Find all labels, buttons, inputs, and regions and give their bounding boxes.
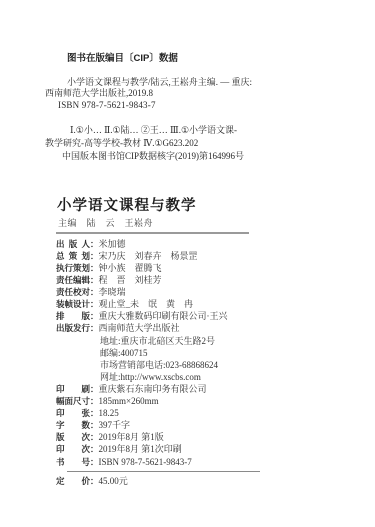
colophon-row-typesetting: 排版：重庆大雅数码印刷有限公司·王兴 (56, 310, 347, 322)
cip-classification-line1: Ⅰ.①小… Ⅱ.①陆… ②王… Ⅲ.①小学语文课- (45, 124, 347, 137)
cip-description-line2: 西南师范大学出版社,2019.8 (45, 88, 347, 99)
row-value: 185mm×260mm (99, 396, 159, 406)
colophon-list: 出版人：米加德 总策划：宋乃庆 刘春卉 杨景罡 执行策划：钟小族 翟腾飞 责任编… (56, 238, 347, 487)
row-value: 重庆紫石东南印务有限公司 (99, 384, 207, 394)
row-value: 45.00元 (99, 476, 128, 486)
colophon-row-proofreader: 责任校对：李晓瑞 (56, 286, 347, 298)
publisher-postcode: 邮编:400715 (100, 347, 347, 359)
row-label: 责任编辑 (56, 274, 90, 286)
colophon-row-word-count: 字数：397千字 (56, 419, 347, 431)
row-label: 书号 (56, 456, 90, 468)
colophon-row-dimensions: 幅面尺寸：185mm×260mm (56, 395, 347, 407)
row-value: 钟小族 翟腾飞 (99, 263, 162, 273)
row-separator: ： (90, 444, 99, 454)
row-value: 18.25 (99, 408, 119, 418)
row-label: 责任校对 (56, 286, 90, 298)
row-separator: ： (90, 323, 99, 333)
cip-description-line1: 小学语文课程与教学/陆云,王崧舟主编. — 重庆: (45, 77, 347, 88)
row-label: 幅面尺寸 (56, 395, 90, 407)
row-value: 重庆大雅数码印刷有限公司·王兴 (99, 311, 228, 321)
row-label: 字数 (56, 419, 90, 431)
row-label: 印张 (56, 407, 90, 419)
byline: 主编 陆 云 王崧舟 (58, 218, 347, 229)
publisher-phone: 市场营销部电话:023-68868624 (100, 359, 347, 371)
colophon-row-executive-planners: 执行策划：钟小族 翟腾飞 (56, 262, 347, 274)
row-separator: ： (90, 408, 99, 418)
colophon-row-editors: 责任编辑：程 晋 刘桂芳 (56, 274, 347, 286)
colophon-row-chief-planners: 总策划：宋乃庆 刘春卉 杨景罡 (56, 250, 347, 262)
cip-header: 图书在版编目〔CIP〕数据 (67, 53, 347, 64)
row-label: 版次 (56, 431, 90, 443)
row-separator: ： (90, 299, 99, 309)
colophon-row-impression: 印次：2019年8月 第1次印刷 (56, 443, 347, 455)
colophon-row-sheets: 印张：18.25 (56, 407, 347, 419)
colophon-row-designers: 装帧设计：观止堂_未 氓 黄 冉 (56, 298, 347, 310)
row-value: 观止堂_未 氓 黄 冉 (99, 299, 194, 309)
row-separator: ： (90, 476, 99, 486)
book-title: 小学语文课程与教学 (57, 198, 347, 215)
divider-bottom (67, 471, 260, 472)
row-separator: ： (90, 384, 99, 394)
cip-description: 小学语文课程与教学/陆云,王崧舟主编. — 重庆: 西南师范大学出版社,2019… (45, 77, 347, 100)
colophon-row-publisher: 出版发行：西南师范大学出版社 (56, 322, 347, 334)
row-label: 排版 (56, 310, 90, 322)
copyright-page: 图书在版编目〔CIP〕数据 小学语文课程与教学/陆云,王崧舟主编. — 重庆: … (0, 0, 375, 527)
row-value: 李晓瑞 (99, 287, 126, 297)
row-separator: ： (90, 239, 99, 249)
row-label: 定价 (56, 475, 90, 487)
colophon-row-price: 定价：45.00元 (56, 475, 347, 487)
cip-classification-line2: 教学研究-高等学校-教材 Ⅳ.①G623.202 (45, 137, 347, 150)
row-label: 出版发行 (56, 322, 90, 334)
colophon-row-printer: 印刷：重庆紫石东南印务有限公司 (56, 383, 347, 395)
colophon-row-edition: 版次：2019年8月 第1版 (56, 431, 347, 443)
row-value: 米加德 (99, 239, 126, 249)
row-label: 执行策划 (56, 262, 90, 274)
row-separator: ： (90, 311, 99, 321)
publisher-address: 地址:重庆市北碚区天生路2号 (100, 335, 347, 347)
publisher-website: 网址:http://www.xscbs.com (100, 371, 347, 383)
row-label: 出版人 (56, 238, 90, 250)
row-label: 印刷 (56, 383, 90, 395)
row-separator: ： (90, 263, 99, 273)
row-value: 397千字 (99, 420, 131, 430)
row-value: 宋乃庆 刘春卉 杨景罡 (99, 251, 198, 261)
row-separator: ： (90, 396, 99, 406)
divider-top (56, 232, 249, 234)
row-label: 印次 (56, 443, 90, 455)
page-content: 图书在版编目〔CIP〕数据 小学语文课程与教学/陆云,王崧舟主编. — 重庆: … (0, 0, 375, 487)
row-label: 装帧设计 (56, 298, 90, 310)
row-separator: ： (90, 457, 99, 467)
row-value: 程 晋 刘桂芳 (99, 275, 162, 285)
row-separator: ： (90, 275, 99, 285)
row-separator: ： (90, 420, 99, 430)
cip-isbn: ISBN 978-7-5621-9843-7 (58, 100, 347, 111)
row-separator: ： (90, 251, 99, 261)
row-value: 西南师范大学出版社 (99, 323, 180, 333)
row-value: 2019年8月 第1次印刷 (99, 444, 182, 454)
row-separator: ： (90, 287, 99, 297)
colophon-row-publisher-person: 出版人：米加德 (56, 238, 347, 250)
row-separator: ： (90, 432, 99, 442)
colophon-row-book-number: 书号：ISBN 978-7-5621-9843-7 (56, 456, 347, 468)
cip-classification: Ⅰ.①小… Ⅱ.①陆… ②王… Ⅲ.①小学语文课- 教学研究-高等学校-教材 Ⅳ… (45, 124, 347, 149)
row-value: 2019年8月 第1版 (99, 432, 164, 442)
row-label: 总策划 (56, 250, 90, 262)
row-value: ISBN 978-7-5621-9843-7 (99, 457, 192, 467)
cip-record-number: 中国版本图书馆CIP数据核字(2019)第164996号 (62, 151, 347, 162)
